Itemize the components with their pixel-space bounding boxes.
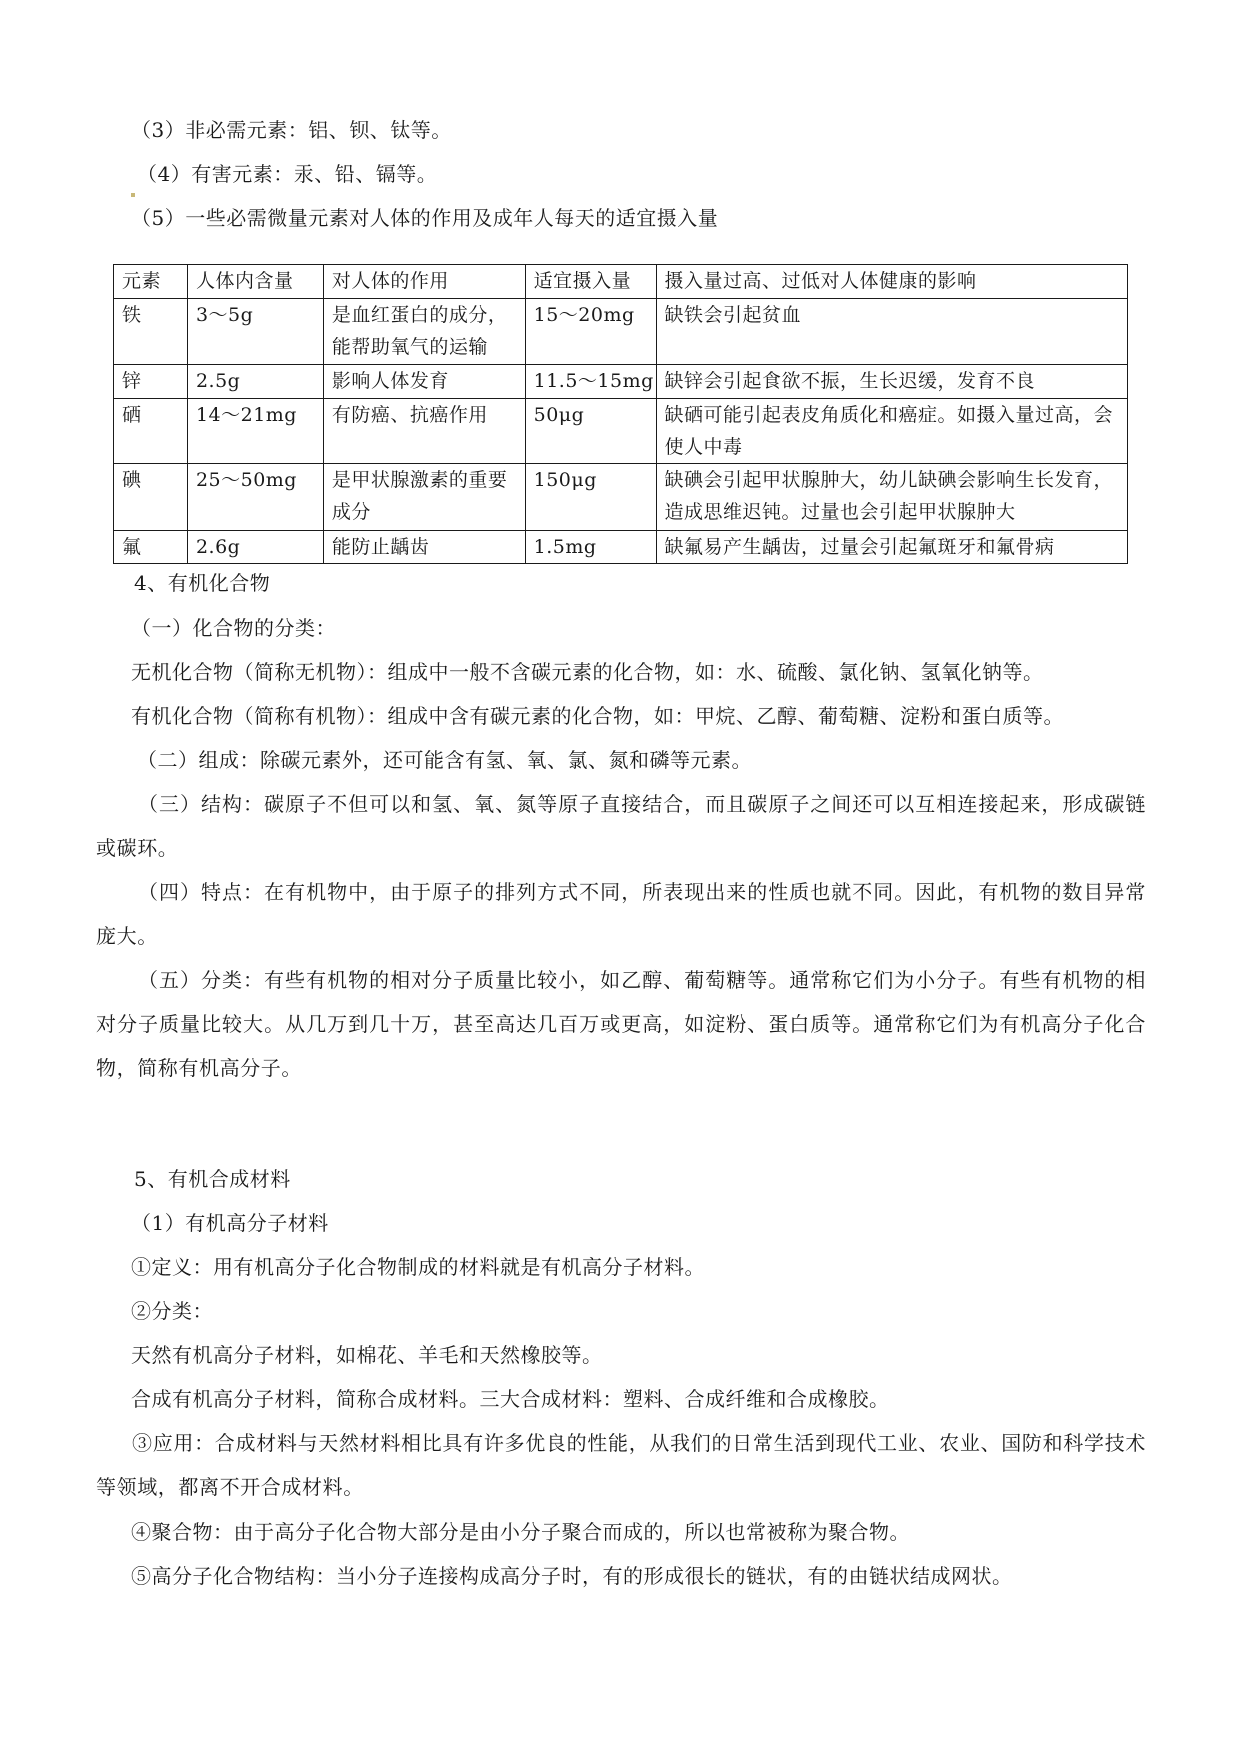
cell-function: 影响人体发育 (323, 365, 525, 399)
polymer-line: ④聚合物：由于高分子化合物大部分是由小分子聚合而成的，所以也常被称为聚合物。 (131, 1520, 910, 1544)
header-element: 元素 (114, 265, 188, 299)
nonessential-elements-line: （3）非必需元素：铝、钡、钛等。 (131, 118, 452, 142)
cell-element: 硒 (114, 399, 188, 464)
cell-intake: 50μg (525, 399, 656, 464)
cell-element: 锌 (114, 365, 188, 399)
cell-content: 25～50mg (187, 464, 323, 531)
table-caption: （5）一些必需微量元素对人体的作用及成年人每天的适宜摄入量 (131, 206, 718, 230)
header-function: 对人体的作用 (323, 265, 525, 299)
cell-effect: 缺碘会引起甲状腺肿大，幼儿缺碘会影响生长发育，造成思维迟钝。过量也会引起甲状腺肿… (656, 464, 1127, 531)
cell-function: 能防止龋齿 (323, 531, 525, 564)
section5-sub1: （1）有机高分子材料 (131, 1211, 329, 1235)
table-row: 锌 2.5g 影响人体发育 11.5～15mg 缺锌会引起食欲不振，生长迟缓，发… (114, 365, 1128, 399)
cell-effect: 缺铁会引起贫血 (656, 299, 1127, 365)
cell-function: 是甲状腺激素的重要成分 (323, 464, 525, 531)
cell-function: 是血红蛋白的成分，能帮助氧气的运输 (323, 299, 525, 365)
cell-intake: 11.5～15mg (525, 365, 656, 399)
document-page: （3）非必需元素：铝、钡、钛等。 （4）有害元素：汞、铅、镉等。 （5）一些必需… (0, 0, 1241, 1754)
cell-intake: 150μg (525, 464, 656, 531)
cell-content: 3～5g (187, 299, 323, 365)
section5-heading: 5、有机合成材料 (134, 1167, 291, 1191)
harmful-elements-line: （4）有害元素：汞、铅、镉等。 (137, 162, 437, 186)
cell-intake: 15～20mg (525, 299, 656, 365)
cell-element: 铁 (114, 299, 188, 365)
application-paragraph: ③应用：合成材料与天然材料相比具有许多优良的性能，从我们的日常生活到现代工业、农… (96, 1421, 1146, 1509)
natural-polymer-line: 天然有机高分子材料，如棉花、羊毛和天然橡胶等。 (131, 1343, 603, 1367)
organic-compound-definition: 有机化合物（简称有机物）：组成中含有碳元素的化合物，如：甲烷、乙醇、葡萄糖、淀粉… (131, 704, 1064, 728)
cell-effect: 缺锌会引起食欲不振，生长迟缓，发育不良 (656, 365, 1127, 399)
header-body-content: 人体内含量 (187, 265, 323, 299)
section4-heading: 4、有机化合物 (134, 571, 270, 595)
table-row: 硒 14～21mg 有防癌、抗癌作用 50μg 缺硒可能引起表皮角质化和癌症。如… (114, 399, 1128, 464)
inorganic-compound-definition: 无机化合物（简称无机物）：组成中一般不含碳元素的化合物，如：水、硫酸、氯化钠、氢… (131, 660, 1044, 684)
cell-element: 氟 (114, 531, 188, 564)
table-header-row: 元素 人体内含量 对人体的作用 适宜摄入量 摄入量过高、过低对人体健康的影响 (114, 265, 1128, 299)
cell-intake: 1.5mg (525, 531, 656, 564)
table-row: 碘 25～50mg 是甲状腺激素的重要成分 150μg 缺碘会引起甲状腺肿大，幼… (114, 464, 1128, 531)
cell-content: 14～21mg (187, 399, 323, 464)
structure-paragraph: （三）结构：碳原子不但可以和氢、氧、氮等原子直接结合，而且碳原子之间还可以互相连… (96, 782, 1146, 870)
trace-elements-table: 元素 人体内含量 对人体的作用 适宜摄入量 摄入量过高、过低对人体健康的影响 铁… (113, 264, 1128, 564)
composition-paragraph: （二）组成：除碳元素外，还可能含有氢、氧、氯、氮和磷等元素。 (137, 748, 752, 772)
cell-content: 2.6g (187, 531, 323, 564)
features-paragraph: （四）特点：在有机物中，由于原子的排列方式不同，所表现出来的性质也就不同。因此，… (96, 870, 1146, 958)
cell-effect: 缺硒可能引起表皮角质化和癌症。如摄入量过高，会使人中毒 (656, 399, 1127, 464)
classification-line: ②分类： (131, 1299, 213, 1323)
polymer-structure-line: ⑤高分子化合物结构：当小分子连接构成高分子时，有的形成很长的链状，有的由链状结成… (131, 1564, 1013, 1588)
cell-function: 有防癌、抗癌作用 (323, 399, 525, 464)
definition-line: ①定义：用有机高分子化合物制成的材料就是有机高分子材料。 (131, 1255, 705, 1279)
header-intake: 适宜摄入量 (525, 265, 656, 299)
header-health-effect: 摄入量过高、过低对人体健康的影响 (656, 265, 1127, 299)
edit-marker-dot (131, 193, 135, 197)
classification-paragraph: （五）分类：有些有机物的相对分子质量比较小，如乙醇、葡萄糖等。通常称它们为小分子… (96, 958, 1146, 1090)
section4-sub1: （一）化合物的分类： (131, 616, 336, 640)
synthetic-polymer-line: 合成有机高分子材料，简称合成材料。三大合成材料：塑料、合成纤维和合成橡胶。 (131, 1387, 890, 1411)
table-row: 铁 3～5g 是血红蛋白的成分，能帮助氧气的运输 15～20mg 缺铁会引起贫血 (114, 299, 1128, 365)
cell-effect: 缺氟易产生龋齿，过量会引起氟斑牙和氟骨病 (656, 531, 1127, 564)
cell-element: 碘 (114, 464, 188, 531)
table-row: 氟 2.6g 能防止龋齿 1.5mg 缺氟易产生龋齿，过量会引起氟斑牙和氟骨病 (114, 531, 1128, 564)
cell-content: 2.5g (187, 365, 323, 399)
